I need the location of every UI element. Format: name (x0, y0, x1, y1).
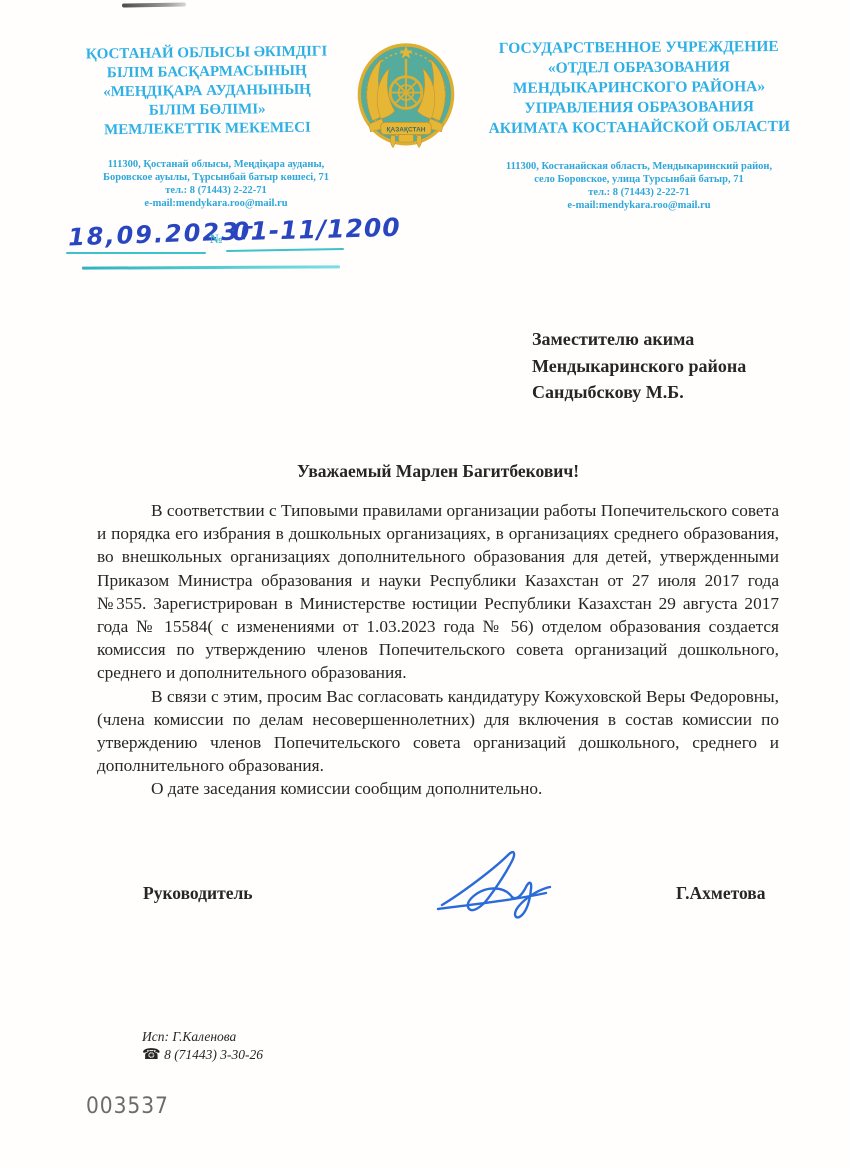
address-ru-line: село Боровское, улица Турсынбай батыр, 7… (486, 173, 792, 186)
org-ru-line: ГОСУДАРСТВЕННОЕ УЧРЕЖДЕНИЕ (476, 37, 802, 59)
executor-phone-row: ☎ 8 (71443) 3-30-26 (142, 1046, 263, 1064)
handwritten-outgoing-number: 01-11/1200 (232, 213, 401, 246)
recipient-block: Заместителю акима Мендыкаринского района… (532, 326, 802, 406)
org-kk-line: ҚОСТАНАЙ ОБЛЫСЫ ӘКІМДІГІ (63, 42, 349, 64)
signer-title: Руководитель (143, 883, 253, 904)
address-kk-line: тел.: 8 (71443) 2-22-71 (72, 184, 360, 197)
address-kk-line: Боровское ауылы, Тұрсынбай батыр көшесі,… (72, 171, 360, 184)
executor-block: Исп: Г.Каленова ☎ 8 (71443) 3-30-26 (142, 1028, 263, 1064)
org-ru-line: МЕНДЫКАРИНСКОГО РАЙОНА» (476, 77, 802, 99)
org-ru-line: «ОТДЕЛ ОБРАЗОВАНИЯ (476, 57, 802, 79)
org-kk-line: «МЕҢДІҚАРА АУДАНЫНЫҢ (64, 80, 350, 102)
address-kk-line: 111300, Қостанай облысы, Меңдіқара аудан… (72, 158, 360, 171)
date-underline (66, 252, 206, 254)
scan-artifact-streak (122, 2, 186, 7)
telephone-icon: ☎ (142, 1047, 161, 1063)
executor-name: Исп: Г.Каленова (142, 1028, 263, 1046)
address-russian: 111300, Костанайская область, Мендыкарин… (486, 160, 792, 212)
letter-body: В соответствии с Типовыми правилами орга… (97, 499, 779, 801)
body-paragraph: В связи с этим, просим Вас согласовать к… (97, 685, 779, 778)
org-ru-line: АКИМАТА КОСТАНАЙСКОЙ ОБЛАСТИ (476, 117, 802, 139)
salutation: Уважаемый Марлен Багитбекович! (97, 461, 779, 482)
number-sign: № (210, 231, 223, 247)
org-name-russian: ГОСУДАРСТВЕННОЕ УЧРЕЖДЕНИЕ «ОТДЕЛ ОБРАЗО… (476, 37, 803, 139)
address-ru-line: тел.: 8 (71443) 2-22-71 (486, 186, 792, 199)
address-ru-line: 111300, Костанайская область, Мендыкарин… (486, 160, 792, 173)
address-ru-line: e-mail:mendykara.roo@mail.ru (486, 199, 792, 212)
org-name-kazakh: ҚОСТАНАЙ ОБЛЫСЫ ӘКІМДІГІ БІЛІМ БАСҚАРМАС… (63, 42, 350, 140)
number-underline (226, 248, 344, 252)
scan-registration-number: 003537 (86, 1094, 169, 1119)
executor-phone: 8 (71443) 3-30-26 (164, 1047, 263, 1062)
org-ru-line: УПРАВЛЕНИЯ ОБРАЗОВАНИЯ (476, 97, 802, 119)
address-kk-line: e-mail:mendykara.roo@mail.ru (72, 197, 360, 210)
body-paragraph: О дате заседания комиссии сообщим дополн… (97, 777, 779, 800)
signer-name: Г.Ахметова (676, 883, 766, 904)
recipient-line: Заместителю акима (532, 326, 802, 353)
handwritten-signature (428, 843, 568, 938)
reference-rule-line (82, 265, 340, 269)
org-kk-line: МЕМЛЕКЕТТІК МЕКЕМЕСІ (64, 118, 350, 140)
recipient-line: Сандыбскову М.Б. (532, 379, 802, 406)
kazakhstan-emblem-icon: ҚАЗАҚСТАН (350, 38, 462, 162)
emblem-banner-text: ҚАЗАҚСТАН (387, 126, 426, 133)
body-paragraph: В соответствии с Типовыми правилами орга… (97, 499, 779, 685)
scanned-letter-page: ҚОСТАНАЙ ОБЛЫСЫ ӘКІМДІГІ БІЛІМ БАСҚАРМАС… (0, 0, 850, 1169)
address-kazakh: 111300, Қостанай облысы, Меңдіқара аудан… (72, 158, 360, 210)
recipient-line: Мендыкаринского района (532, 353, 802, 380)
